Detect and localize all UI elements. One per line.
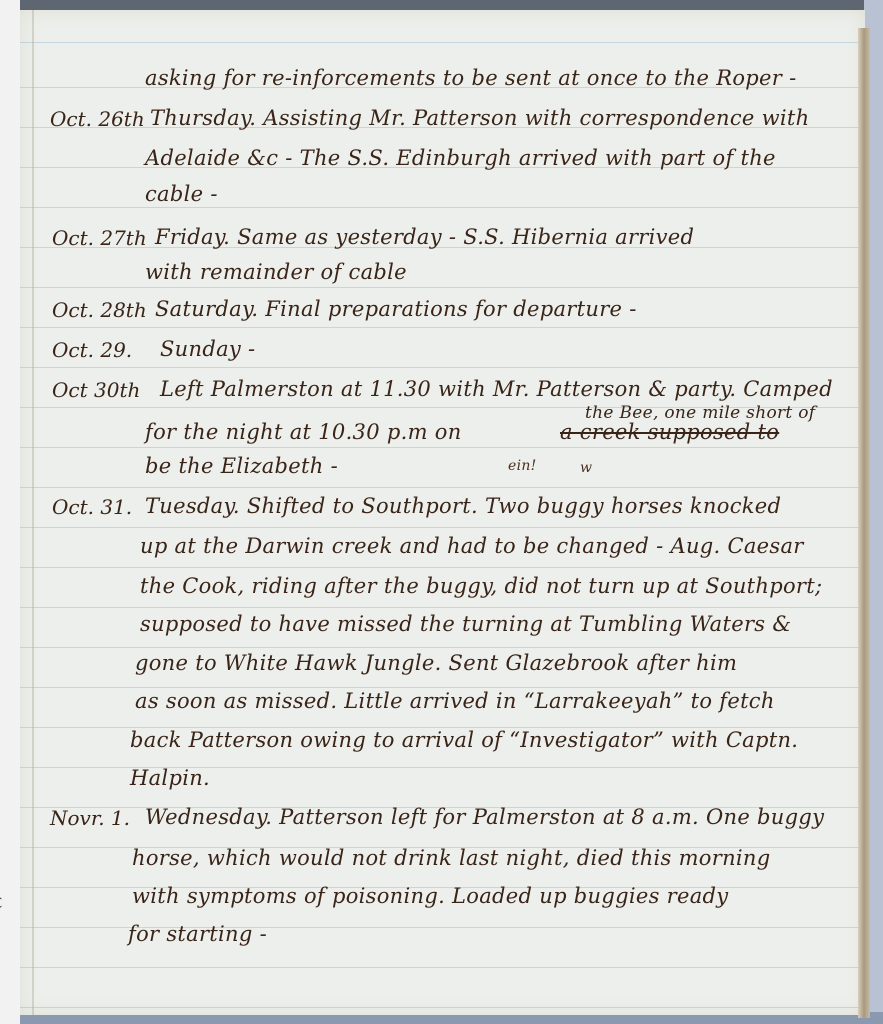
entry-date-oct-29: Oct. 29. bbox=[52, 338, 132, 362]
entry-line: Saturday. Final preparations for departu… bbox=[155, 297, 637, 321]
entry-line: supposed to have missed the turning at T… bbox=[140, 612, 791, 636]
entry-line: with remainder of cable bbox=[145, 260, 407, 284]
entry-line: Halpin. bbox=[130, 766, 210, 790]
entry-line: Friday. Same as yesterday - S.S. Hiberni… bbox=[155, 225, 694, 249]
marginal-mark: w bbox=[580, 460, 592, 476]
entry-line: Adelaide &c - The S.S. Edinburgh arrived… bbox=[145, 146, 776, 170]
entry-line: Wednesday. Patterson left for Palmerston… bbox=[145, 805, 824, 829]
marginal-mark: ein! bbox=[508, 458, 537, 474]
entry-line: cable - bbox=[145, 182, 218, 206]
entry-line: back Patterson owing to arrival of “Inve… bbox=[130, 728, 798, 752]
entry-line: as soon as missed. Little arrived in “La… bbox=[135, 689, 775, 713]
entry-line: Sunday - bbox=[160, 337, 255, 361]
entry-line: Left Palmerston at 11.30 with Mr. Patter… bbox=[160, 377, 833, 401]
entry-line: Tuesday. Shifted to Southport. Two buggy… bbox=[145, 494, 781, 518]
entry-line: for starting - bbox=[128, 922, 267, 946]
entry-line: the Cook, riding after the buggy, did no… bbox=[140, 574, 822, 598]
entry-continuation-line: asking for re-inforcements to be sent at… bbox=[145, 66, 797, 90]
entry-date-oct-26: Oct. 26th bbox=[50, 107, 145, 131]
entry-line: gone to White Hawk Jungle. Sent Glazebro… bbox=[135, 651, 737, 675]
entry-line: horse, which would not drink last night,… bbox=[132, 846, 771, 870]
entry-line: with symptoms of poisoning. Loaded up bu… bbox=[132, 884, 728, 908]
entry-date-oct-30: Oct 30th bbox=[52, 378, 140, 402]
entry-line: up at the Darwin creek and had to be cha… bbox=[140, 534, 804, 558]
binding-gutter bbox=[32, 10, 34, 1015]
entry-line: Thursday. Assisting Mr. Patterson with c… bbox=[150, 106, 809, 130]
entry-line: for the night at 10.30 p.m on bbox=[145, 420, 462, 444]
entry-date-oct-28: Oct. 28th bbox=[52, 298, 147, 322]
entry-date-oct-27: Oct. 27th bbox=[52, 226, 147, 250]
entry-date-nov-1: Novr. 1. bbox=[50, 806, 130, 830]
entry-date-oct-31: Oct. 31. bbox=[52, 495, 132, 519]
entry-line: be the Elizabeth - bbox=[145, 454, 338, 478]
struck-through-text: a creek supposed to bbox=[560, 420, 779, 444]
catalog-reference: D 2575/23(L) bbox=[0, 896, 2, 960]
page-edge bbox=[858, 28, 870, 1018]
